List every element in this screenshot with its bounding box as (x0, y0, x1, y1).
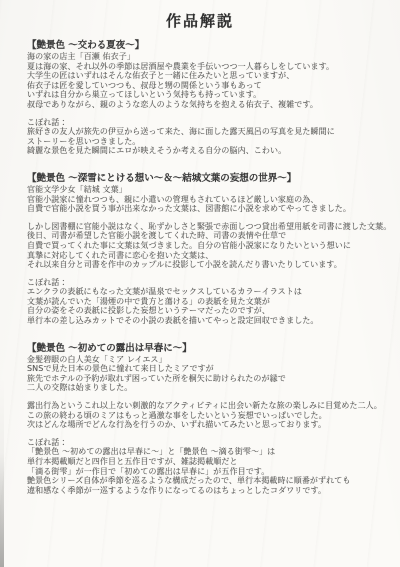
text-line: 単行本の差し込みカットでその小説の表紙を描いてやっと設定回収できました。 (27, 316, 394, 326)
section-heading: 【艶景色 ～初めての露出は早春に～】 (27, 343, 394, 354)
document-content: 【艶景色 ～交わる夏夜～】海の家の店主「百瀬 佑衣子」夏は海の家、それ以外の季節… (27, 40, 394, 495)
text-line: 佑衣子は匠を愛していつつも、叔母と甥の関係という事もあって (27, 81, 394, 91)
text-line: 自分の姿をその表紙に投影した妄想というテーマだったのですが、 (27, 306, 394, 316)
story-section: 【艶景色 ～深雪にとける想い～＆～結城文葉の妄想の世界～】官能文学少女「結城 文… (27, 173, 394, 326)
text-line: この旅の終わる頃のミアはもっと過激な事をしたいという妄想でいっぱいでした。 (27, 411, 394, 421)
text-line: しかし図書棚に官能小説はなく、恥ずかしさと緊張で赤面しつつ貸出希望用紙を司書に渡… (27, 222, 394, 232)
text-line: こぼれ話： (27, 438, 394, 448)
paragraph: 露出行為というこれ以上ない刺激的なアクティビティに出会い新たな旅の楽しみに目覚め… (27, 401, 394, 430)
text-line: 二人の交際は始まりました。 (27, 383, 394, 393)
text-line: SNSで見た日本の景色に憧れて来日したミアですが (27, 364, 394, 374)
text-line: 「滴る街雫」が一作目で「初めての露出は早春に」が五作目です。 (27, 467, 394, 477)
text-line: 綺麗な景色を見た瞬間にエロが映えそうか考える自分の脳内、こわい。 (27, 146, 394, 156)
text-line: 違和感なく季節が一巡するような作りになってるのはちょっとしたコダワリです。 (27, 486, 394, 496)
text-line: 大学生の匠はいずれはそんな佑衣子と一緒に住みたいと思っていますが、 (27, 71, 394, 81)
paragraph: 金髪碧眼の白人美女「ミア レイエス」SNSで見た日本の景色に憧れて来日したミアで… (27, 355, 394, 393)
text-line: 叔母でありながら、親のような恋人のような気持ちを抱える佑衣子、複雑です。 (27, 100, 394, 110)
text-line: エンクラの表紙にもなった文葉が温泉でセックスしているカラーイラストは (27, 287, 394, 297)
text-line: ストーリーを思いつきました。 (27, 137, 394, 147)
scanned-document-page: { "page": { "title": "作品解説" }, "sections… (0, 0, 400, 567)
text-line: 次はどんな場所でどんな行為を行うのか、いずれ描いてみたいと思っております。 (27, 420, 394, 430)
text-line: 旅先でホテルの予約が取れず困っていた所を桐矢に助けられたのが縁で (27, 374, 394, 384)
text-line: いずれは自分から巣立ってほしいという気持ちも持っています。 (27, 90, 394, 100)
text-line: 露出行為というこれ以上ない刺激的なアクティビティに出会い新たな旅の楽しみに目覚め… (27, 401, 394, 411)
text-line: 真摯に対応してくれた司書に恋心を抱いた文葉は、 (27, 251, 394, 261)
text-line: 海の家の店主「百瀬 佑衣子」 (27, 52, 394, 62)
text-line: 艶景色シリーズ自体が季節を巡るような構成だったので、単行本掲載時に順番がずれても (27, 476, 394, 486)
page-title: 作品解説 (0, 0, 400, 30)
text-line: 官能小説家に憧れつつも、親に小遣いの管理もされているほど厳しい家庭の為、 (27, 195, 394, 205)
story-section: 【艶景色 ～交わる夏夜～】海の家の店主「百瀬 佑衣子」夏は海の家、それ以外の季節… (27, 40, 394, 156)
text-line: 夏は海の家、それ以外の季節は居酒屋や農業を手伝いつつ一人暮らしをしています。 (27, 62, 394, 72)
text-line: 単行本掲載順だと四作目と五作目ですが、雑誌掲載順だと (27, 457, 394, 467)
text-line: 官能文学少女「結城 文葉」 (27, 185, 394, 195)
paragraph: しかし図書棚に官能小説はなく、恥ずかしさと緊張で赤面しつつ貸出希望用紙を司書に渡… (27, 222, 394, 270)
story-section: 【艶景色 ～初めての露出は早春に～】金髪碧眼の白人美女「ミア レイエス」SNSで… (27, 343, 394, 496)
text-line: 自費で官能小説を買う事が出来なかった文葉は、図書館に小説を求めてやってきました。 (27, 204, 394, 214)
text-line: こぼれ話： (27, 278, 394, 288)
paragraph: こぼれ話：「艶景色 ～初めての露出は早春に～」と「艶景色 ～滴る街雫～」は単行本… (27, 438, 394, 496)
paragraph: こぼれ話：エンクラの表紙にもなった文葉が温泉でセックスしているカラーイラストは文… (27, 278, 394, 326)
section-heading: 【艶景色 ～交わる夏夜～】 (27, 40, 394, 51)
text-line: 後日、司書が希望した官能小説を渡してくれた時、司書の表情や仕草で (27, 231, 394, 241)
scan-edge-artifact (0, 377, 4, 567)
text-line: 自費で買ってくれた事に文葉は気づきました。自分の官能小説家になりたいという想いに (27, 241, 394, 251)
text-line: 旅好きの友人が旅先の伊豆から送って来た、海に面した露天風呂の写真を見た瞬間に (27, 127, 394, 137)
text-line: それ以来自分と司書を作中のカップルに投影して小説を読んだり書いたりしています。 (27, 260, 394, 270)
paragraph: こぼれ話：旅好きの友人が旅先の伊豆から送って来た、海に面した露天風呂の写真を見た… (27, 118, 394, 156)
text-line: こぼれ話： (27, 118, 394, 128)
paragraph: 海の家の店主「百瀬 佑衣子」夏は海の家、それ以外の季節は居酒屋や農業を手伝いつつ… (27, 52, 394, 110)
paragraph: 官能文学少女「結城 文葉」官能小説家に憧れつつも、親に小遣いの管理もされているほ… (27, 185, 394, 214)
text-line: 「艶景色 ～初めての露出は早春に～」と「艶景色 ～滴る街雫～」は (27, 447, 394, 457)
text-line: 金髪碧眼の白人美女「ミア レイエス」 (27, 355, 394, 365)
section-heading: 【艶景色 ～深雪にとける想い～＆～結城文葉の妄想の世界～】 (27, 173, 394, 184)
